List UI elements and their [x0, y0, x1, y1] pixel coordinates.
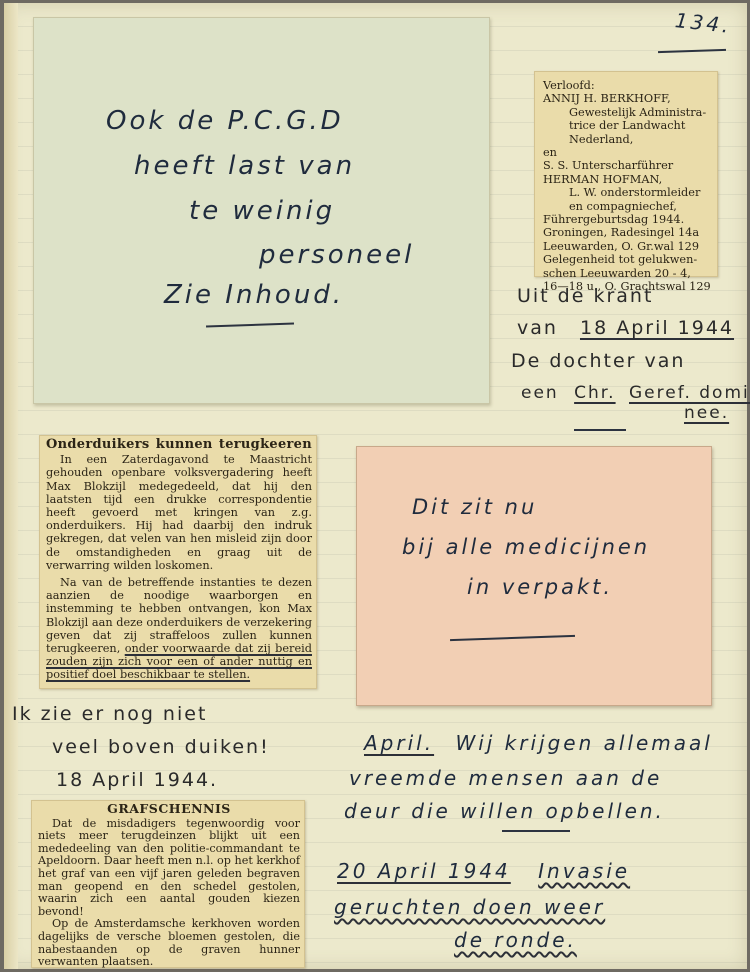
- note-krant-prefix: van: [517, 317, 558, 339]
- note-krant-line4: een Chr. Geref. domi-: [521, 383, 750, 403]
- note-april-line1: April. Wij krijgen allemaal: [364, 731, 713, 755]
- note-boven-line2: veel boven duiken!: [52, 736, 270, 758]
- note-april-text: Wij krijgen allemaal: [455, 731, 712, 755]
- clipping-line: trice der Landwacht: [543, 119, 713, 132]
- clipping-paragraph: Op de Amsterdamsche kerkhoven worden dag…: [38, 918, 300, 968]
- clipping-headline: GRAFSCHENNIS: [38, 803, 300, 816]
- note-krant-line1: Uit de krant: [517, 285, 653, 307]
- note-line: bij alle medicijnen: [402, 535, 650, 559]
- clipping-grafschennis: GRAFSCHENNIS Dat de misdadigers tegenwoo…: [31, 800, 305, 968]
- headline-word: kunnen: [156, 438, 213, 451]
- clipping-line: Verloofd:: [543, 79, 713, 92]
- note-krant-een: een: [521, 383, 559, 403]
- clipping-line: HERMAN HOFMAN,: [543, 173, 713, 186]
- clipping-line: en: [543, 146, 713, 159]
- note-card-blue: Ook de P.C.G.D heeft last van te weinig …: [33, 17, 490, 404]
- note-line: Zie Inhoud.: [164, 280, 344, 310]
- note-invasie-text: geruchten doen weer: [334, 895, 605, 919]
- clipping-line: Gelegenheid tot gelukwen-: [543, 253, 713, 266]
- clipping-line: Nederland,: [543, 133, 713, 146]
- note-boven-line3: 18 April 1944.: [56, 769, 218, 791]
- note-krant-line2: van 18 April 1944: [517, 317, 734, 339]
- note-april-line3: deur die willen opbellen.: [344, 799, 665, 823]
- note-line: heeft last van: [134, 151, 355, 181]
- note-invasie-word: Invasie: [538, 859, 630, 883]
- scrapbook-page: 134. Ook de P.C.G.D heeft last van te we…: [4, 3, 747, 969]
- headline-word: terugkeeren: [219, 438, 312, 451]
- clipping-paragraph: In een Zaterdagavond te Maastricht gehou…: [46, 453, 312, 572]
- note-line: personeel: [259, 240, 414, 270]
- page-binding-edge: [4, 3, 18, 969]
- note-krant-line3: De dochter van: [511, 350, 685, 372]
- note-krant-chr: Chr.: [574, 383, 615, 403]
- note-invasie-line2: geruchten doen weer: [334, 895, 605, 919]
- clipping-line: Führergeburtsdag 1944.: [543, 213, 713, 226]
- page-number: 134.: [674, 8, 733, 38]
- note-april-line2: vreemde mensen aan de: [349, 766, 662, 790]
- page-number-underline: [658, 49, 726, 53]
- note-krant-geref: Geref. domi-: [629, 383, 750, 403]
- clipping-line: Groningen, Radesingel 14a: [543, 226, 713, 239]
- clipping-line: L. W. onderstormleider: [543, 186, 713, 199]
- note-invasie-line3: de ronde.: [454, 928, 577, 952]
- note-april-label: April.: [364, 731, 434, 755]
- headline-word: Onderduikers: [46, 438, 150, 451]
- note-line: Ook de P.C.G.D: [106, 106, 344, 136]
- note-line: te weinig: [189, 196, 335, 226]
- note-krant-date: 18 April 1944: [580, 317, 734, 339]
- clipping-line: en compagniechef,: [543, 200, 713, 213]
- note-boven-line1: Ik zie er nog niet: [12, 703, 207, 725]
- clipping-line: Gewestelijk Administra-: [543, 106, 713, 119]
- note-line: in verpakt.: [467, 575, 613, 599]
- clipping-paragraph: Dat de misdadigers tegenwoordig voor nie…: [38, 818, 300, 919]
- note-underline: [206, 322, 294, 327]
- note-invasie-date: 20 April 1944: [337, 859, 511, 883]
- clipping-engagement: Verloofd: ANNIJ H. BERKHOFF, Gewestelijk…: [534, 71, 718, 277]
- clipping-line: schen Leeuwarden 20 - 4,: [543, 267, 713, 280]
- note-krant-line5: nee.: [684, 403, 729, 423]
- clipping-paragraph: Na van de betreffende instanties te deze…: [46, 576, 312, 682]
- note-krant-divider: [574, 429, 626, 431]
- note-april-divider: [502, 830, 570, 832]
- note-line: Dit zit nu: [412, 495, 537, 519]
- clipping-onderduikers: Onderduikers kunnen terugkeeren In een Z…: [39, 435, 317, 689]
- note-underline: [450, 635, 575, 641]
- note-invasie-text: de ronde.: [454, 928, 577, 952]
- clipping-line: Leeuwarden, O. Gr.wal 129: [543, 240, 713, 253]
- note-card-pink: Dit zit nu bij alle medicijnen in verpak…: [356, 446, 712, 706]
- clipping-line: ANNIJ H. BERKHOFF,: [543, 92, 713, 105]
- clipping-line: S. S. Unterscharführer: [543, 159, 713, 172]
- note-invasie-line1: 20 April 1944 Invasie: [337, 859, 630, 883]
- clipping-headline: Onderduikers kunnen terugkeeren: [46, 438, 312, 451]
- note-krant-nee: nee.: [684, 403, 729, 423]
